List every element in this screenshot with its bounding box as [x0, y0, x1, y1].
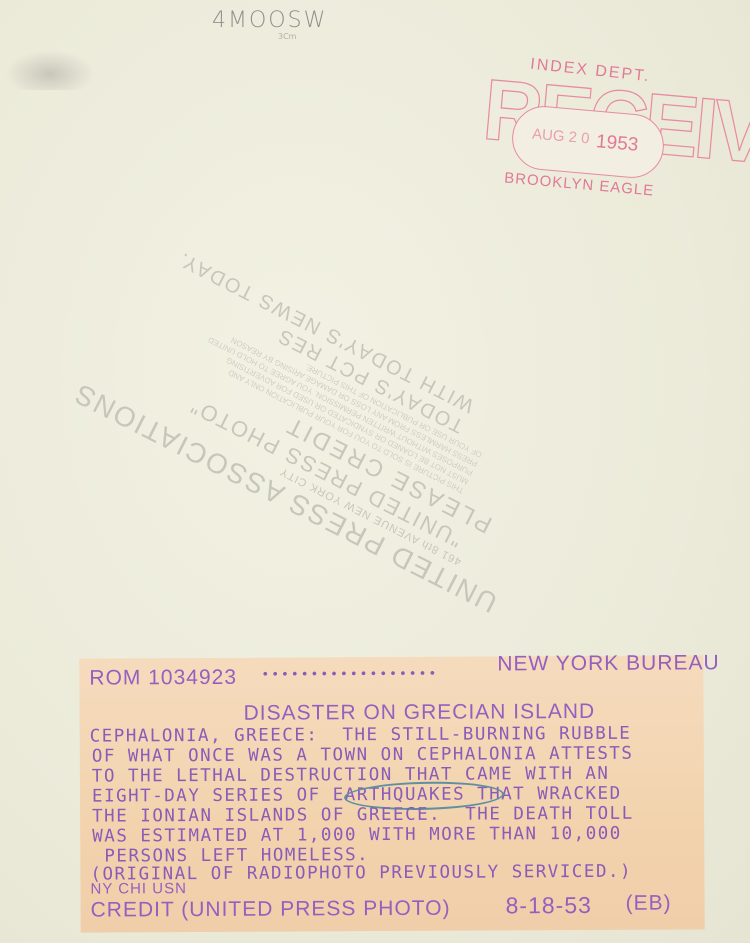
pencil-sub-note: 3Cm — [278, 32, 296, 41]
caption-body-line-3: TO THE LETHAL DESTRUCTION THAT CAME WITH… — [92, 764, 610, 787]
stamp-year: 1953 — [595, 131, 639, 157]
caption-leader: •••••••••••••••••• — [261, 667, 438, 683]
received-stamp: RECEIVED INDEX DEPT. AUG 2 0 1953 BROOKL… — [478, 58, 693, 218]
caption-body-line-6: WAS ESTIMATED AT 1,000 WITH MORE THAN 10… — [92, 824, 622, 847]
caption-headline: DISASTER ON GRECIAN ISLAND — [244, 700, 596, 726]
caption-serial: ROM 1034923 — [89, 666, 237, 691]
pencil-inventory-note: 4MOOSW — [212, 8, 327, 33]
ink-smudge — [5, 50, 95, 90]
caption-initials: (EB) — [626, 892, 672, 916]
caption-bureau: NEW YORK BUREAU — [497, 651, 719, 676]
caption-body-line-5: THE IONIAN ISLANDS OF GREECE. THE DEATH … — [92, 804, 634, 827]
caption-body-line-2: OF WHAT ONCE WAS A TOWN ON CEPHALONIA AT… — [92, 744, 634, 767]
caption-date: 8-18-53 — [506, 892, 592, 919]
caption-distribution: NY CHI USN — [90, 880, 186, 898]
caption-body-line-1: CEPHALONIA, GREECE: THE STILL-BURNING RU… — [90, 724, 632, 747]
faded-agency-stamp: UNITED PRESS ASSOCIATIONS 461 8th AVENUE… — [95, 220, 535, 590]
caption-slip: ROM 1034923 •••••••••••••••••• NEW YORK … — [79, 655, 704, 932]
caption-credit: CREDIT (UNITED PRESS PHOTO) — [91, 897, 451, 923]
